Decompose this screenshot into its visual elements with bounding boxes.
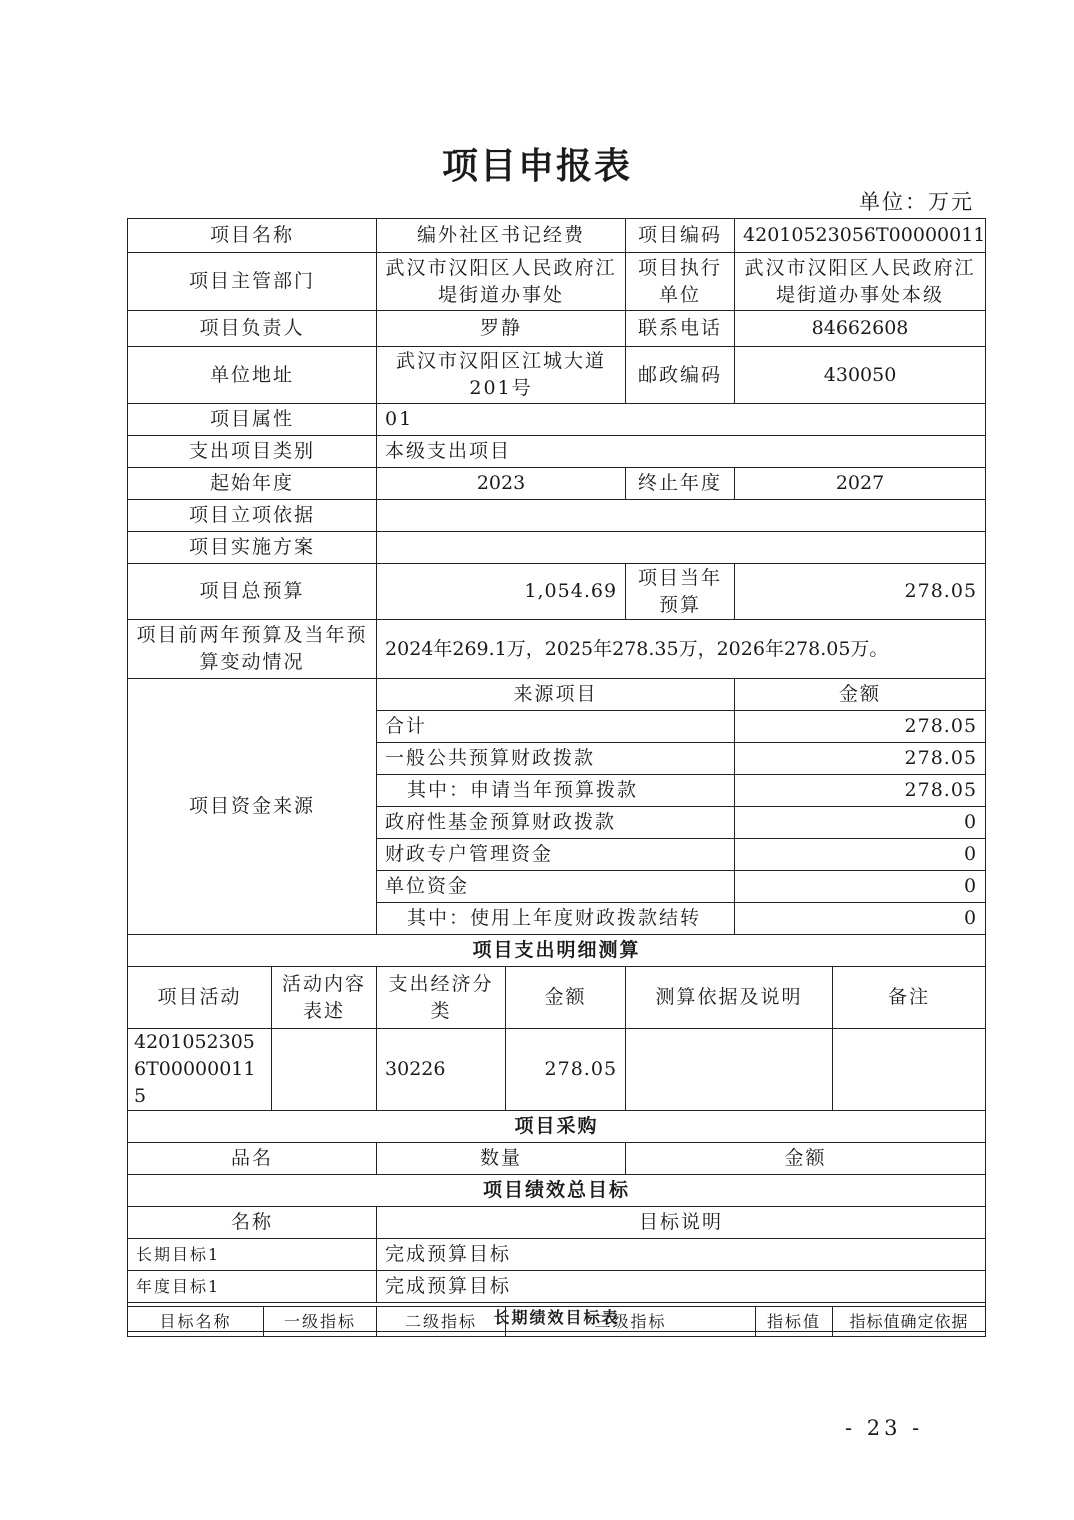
expense-activity: 42010523056T000000115 — [128, 1029, 272, 1111]
end-year-label: 终止年度 — [626, 468, 735, 500]
history-value: 2024年269.1万，2025年278.35万，2026年278.05万。 — [377, 620, 986, 679]
procurement-header: 数量 — [377, 1143, 626, 1175]
funding-col-amount: 金额 — [735, 679, 986, 711]
expense-header: 项目活动 — [128, 967, 272, 1029]
start-year-label: 起始年度 — [128, 468, 377, 500]
long-term-header-table: 目标名称 一级指标 二级指标 三级指标 指标值 指标值确定依据 — [127, 1306, 986, 1337]
document-title: 项目申报表 — [0, 138, 1074, 189]
procurement-header: 金额 — [626, 1143, 986, 1175]
dept-label: 项目主管部门 — [128, 253, 377, 311]
expense-header: 金额 — [506, 967, 626, 1029]
phone-label: 联系电话 — [626, 311, 735, 347]
funding-col-source: 来源项目 — [377, 679, 735, 711]
total-budget-label: 项目总预算 — [128, 564, 377, 620]
plan-label: 项目实施方案 — [128, 532, 377, 564]
postcode-value: 430050 — [735, 347, 986, 404]
owner-value: 罗静 — [377, 311, 626, 347]
long-term-header: 二级指标 — [377, 1307, 506, 1337]
funding-row-name: 合计 — [377, 711, 735, 743]
expense-econ-class: 30226 — [377, 1029, 506, 1111]
procurement-title: 项目采购 — [128, 1111, 986, 1143]
project-name-label: 项目名称 — [128, 219, 377, 253]
funding-row-name: 其中：申请当年预算拨款 — [377, 775, 735, 807]
funding-row-amount: 0 — [735, 839, 986, 871]
funding-row-name: 单位资金 — [377, 871, 735, 903]
long-term-header: 目标名称 — [128, 1307, 264, 1337]
funding-row-amount: 278.05 — [735, 743, 986, 775]
expense-header: 备注 — [833, 967, 986, 1029]
expense-content — [272, 1029, 377, 1111]
procurement-header: 品名 — [128, 1143, 377, 1175]
expense-detail-title: 项目支出明细测算 — [128, 935, 986, 967]
funding-row-name: 政府性基金预算财政拨款 — [377, 807, 735, 839]
year-budget-value: 278.05 — [735, 564, 986, 620]
project-code-value: 42010523056T000000115 — [735, 219, 986, 253]
attribute-value: 01 — [377, 404, 986, 436]
expense-note — [833, 1029, 986, 1111]
long-term-header: 指标值 — [756, 1307, 833, 1337]
funding-label: 项目资金来源 — [128, 679, 377, 935]
funding-row-name: 其中：使用上年度财政拨款结转 — [377, 903, 735, 935]
expense-basis — [626, 1029, 833, 1111]
basis-label: 项目立项依据 — [128, 500, 377, 532]
funding-row-name: 一般公共预算财政拨款 — [377, 743, 735, 775]
expense-amount: 278.05 — [506, 1029, 626, 1111]
category-value: 本级支出项目 — [377, 436, 986, 468]
expense-header: 活动内容表述 — [272, 967, 377, 1029]
funding-row-amount: 0 — [735, 903, 986, 935]
unit-label: 单位：万元 — [859, 186, 974, 216]
attribute-label: 项目属性 — [128, 404, 377, 436]
category-label: 支出项目类别 — [128, 436, 377, 468]
goals-header: 名称 — [128, 1207, 377, 1239]
long-term-header: 指标值确定依据 — [833, 1307, 986, 1337]
goal-desc: 完成预算目标 — [377, 1271, 986, 1303]
exec-unit-label: 项目执行单位 — [626, 253, 735, 311]
goal-name: 长期目标1 — [128, 1239, 377, 1271]
start-year-value: 2023 — [377, 468, 626, 500]
project-name-value: 编外社区书记经费 — [377, 219, 626, 253]
expense-header: 测算依据及说明 — [626, 967, 833, 1029]
funding-row-amount: 0 — [735, 871, 986, 903]
funding-row-amount: 278.05 — [735, 775, 986, 807]
funding-row-amount: 278.05 — [735, 711, 986, 743]
project-application-table: 项目名称 编外社区书记经费 项目编码 42010523056T000000115… — [127, 218, 986, 1332]
basis-value — [377, 500, 986, 532]
goal-desc: 完成预算目标 — [377, 1239, 986, 1271]
page-number: - 23 - — [845, 1416, 923, 1440]
exec-unit-value: 武汉市汉阳区人民政府江堤街道办事处本级 — [735, 253, 986, 311]
address-value: 武汉市汉阳区江城大道201号 — [377, 347, 626, 404]
address-label: 单位地址 — [128, 347, 377, 404]
expense-header: 支出经济分类 — [377, 967, 506, 1029]
funding-row-amount: 0 — [735, 807, 986, 839]
dept-value: 武汉市汉阳区人民政府江堤街道办事处 — [377, 253, 626, 311]
phone-value: 84662608 — [735, 311, 986, 347]
year-budget-label: 项目当年预算 — [626, 564, 735, 620]
history-label: 项目前两年预算及当年预算变动情况 — [128, 620, 377, 679]
long-term-header: 一级指标 — [264, 1307, 377, 1337]
end-year-value: 2027 — [735, 468, 986, 500]
goals-header: 目标说明 — [377, 1207, 986, 1239]
postcode-label: 邮政编码 — [626, 347, 735, 404]
project-code-label: 项目编码 — [626, 219, 735, 253]
long-term-header: 三级指标 — [506, 1307, 756, 1337]
total-budget-value: 1,054.69 — [377, 564, 626, 620]
owner-label: 项目负责人 — [128, 311, 377, 347]
goal-name: 年度目标1 — [128, 1271, 377, 1303]
plan-value — [377, 532, 986, 564]
funding-row-name: 财政专户管理资金 — [377, 839, 735, 871]
performance-goals-title: 项目绩效总目标 — [128, 1175, 986, 1207]
